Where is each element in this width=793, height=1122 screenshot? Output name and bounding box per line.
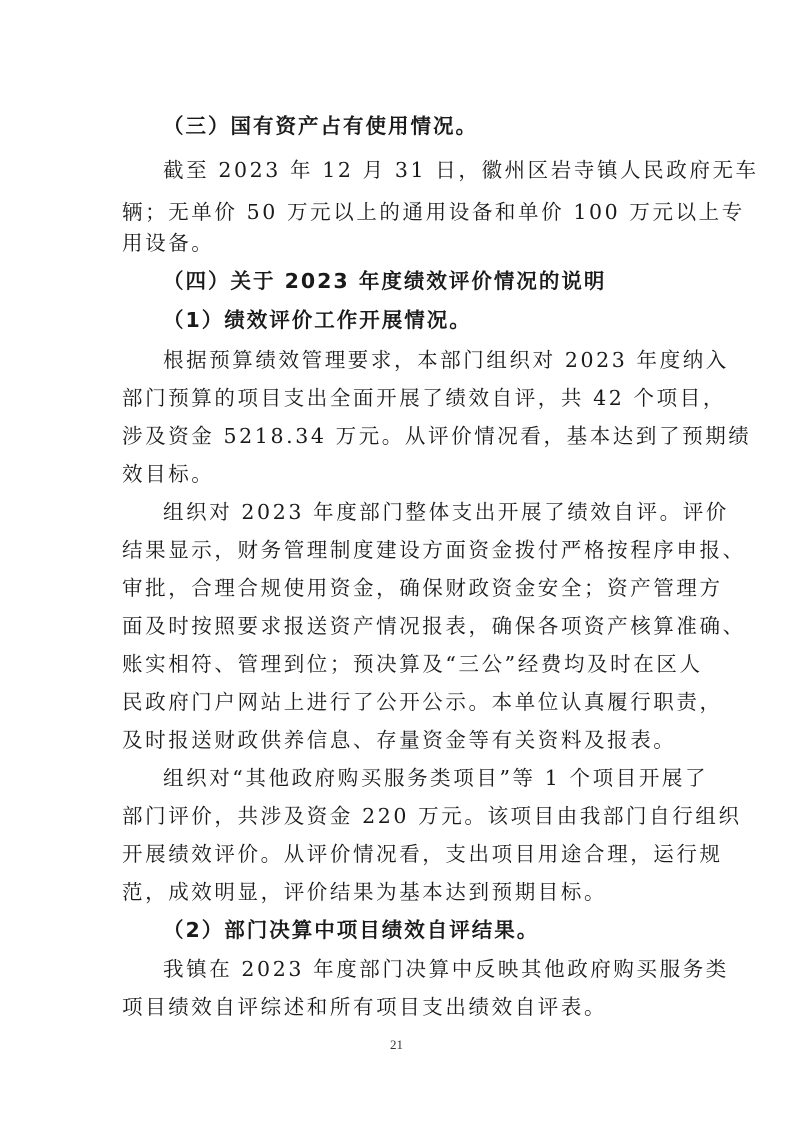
- page-number: 21: [0, 1037, 793, 1053]
- paragraph-line: 组织对“其他政府购买服务类项目”等 1 个项目开展了: [163, 763, 683, 793]
- section-heading-performance-evaluation: （四）关于 2023 年度绩效评价情况的说明: [163, 266, 683, 296]
- paragraph-line: 组织对 2023 年度部门整体支出开展了绩效自评。评价: [163, 497, 683, 527]
- paragraph-line: 截至 2023 年 12 月 31 日，徽州区岩寺镇人民政府无车: [163, 155, 683, 185]
- paragraph-line: 面及时按照要求报送资产情况报表，确保各项资产核算准确、: [122, 611, 682, 641]
- paragraph-line: 民政府门户网站上进行了公开公示。本单位认真履行职责，: [122, 687, 682, 717]
- paragraph-line: 及时报送财政供养信息、存量资金等有关资料及报表。: [122, 725, 682, 755]
- paragraph-line: 部门预算的项目支出全面开展了绩效自评，共 42 个项目，: [122, 383, 682, 413]
- subsection-heading-evaluation-work: （1）绩效评价工作开展情况。: [163, 305, 683, 335]
- paragraph-line: 辆；无单价 50 万元以上的通用设备和单价 100 万元以上专: [122, 197, 682, 227]
- paragraph-line: 结果显示，财务管理制度建设方面资金拨付严格按程序申报、: [122, 535, 682, 565]
- paragraph-line: 涉及资金 5218.34 万元。从评价情况看，基本达到了预期绩: [122, 421, 682, 451]
- document-page: （三）国有资产占有使用情况。 截至 2023 年 12 月 31 日，徽州区岩寺…: [0, 0, 793, 1122]
- paragraph-line: 我镇在 2023 年度部门决算中反映其他政府购买服务类: [163, 954, 683, 984]
- paragraph-line: 用设备。: [122, 228, 682, 258]
- paragraph-line: 效目标。: [122, 459, 682, 489]
- paragraph-line: 根据预算绩效管理要求，本部门组织对 2023 年度纳入: [163, 345, 683, 375]
- paragraph-line: 开展绩效评价。从评价情况看，支出项目用途合理，运行规: [122, 839, 682, 869]
- subsection-heading-self-evaluation-results: （2）部门决算中项目绩效自评结果。: [163, 915, 683, 945]
- section-heading-state-assets: （三）国有资产占有使用情况。: [163, 111, 683, 141]
- paragraph-line: 项目绩效自评综述和所有项目支出绩效自评表。: [122, 992, 682, 1022]
- paragraph-line: 审批，合理合规使用资金，确保财政资金安全；资产管理方: [122, 573, 682, 603]
- paragraph-line: 账实相符、管理到位；预决算及“三公”经费均及时在区人: [122, 649, 682, 679]
- paragraph-line: 部门评价，共涉及资金 220 万元。该项目由我部门自行组织: [122, 801, 682, 831]
- paragraph-line: 范，成效明显，评价结果为基本达到预期目标。: [122, 877, 682, 907]
